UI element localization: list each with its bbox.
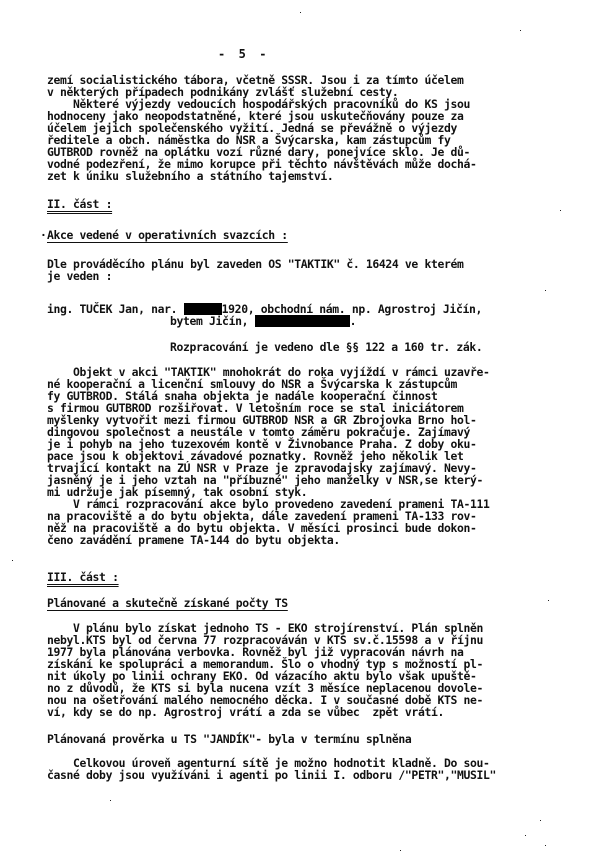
text-line: ví, kdy se do np. Agrostroj vrátí a zda … bbox=[47, 706, 444, 718]
legal-note: Rozpracování je vedeno dle §§ 122 a 160 … bbox=[170, 341, 482, 353]
subject-name: ing. TUČEK Jan, nar. bbox=[47, 302, 184, 316]
text-line: je veden : bbox=[47, 270, 112, 282]
text-line: čeno zavádění pramene TA-144 do bytu obj… bbox=[47, 534, 340, 546]
text-line: zet k úniku služebního a státního tajems… bbox=[47, 170, 333, 182]
document-page: - 5 - zemí socialistického tábora, včetn… bbox=[0, 0, 591, 857]
section-2-subheading: Akce vedené v operativních svazcích : bbox=[47, 229, 288, 241]
text-line: časné doby jsou využíváni i agenti po li… bbox=[47, 769, 496, 781]
section-3-subheading: Plánované a skutečně získané počty TS bbox=[47, 597, 288, 609]
bullet-marker: · bbox=[40, 229, 47, 241]
section-3-heading: III. část : bbox=[47, 571, 119, 583]
redaction-address bbox=[255, 315, 350, 327]
check-line: Plánovaná prověrka u TS "JANDÍK"- byla v… bbox=[47, 733, 411, 745]
page-number: - 5 - bbox=[218, 47, 266, 61]
subject-residence: bytem Jičín, bbox=[170, 314, 255, 328]
subject-line-1: ing. TUČEK Jan, nar. 1920, obchodní nám.… bbox=[47, 303, 482, 315]
subject-line-2: bytem Jičín, . bbox=[170, 315, 356, 327]
section-2-heading: II. část : bbox=[47, 198, 112, 210]
punctuation: . bbox=[350, 314, 357, 328]
